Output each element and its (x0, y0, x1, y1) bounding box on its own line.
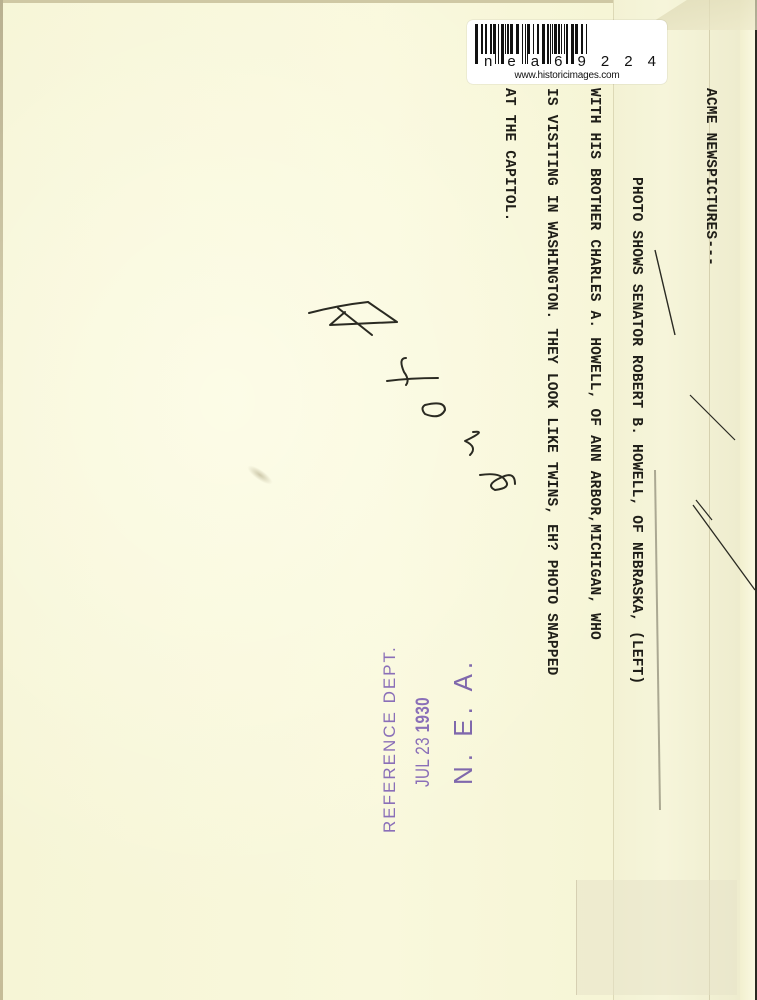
barcode-char: 2 (621, 54, 635, 70)
barcode-char: a (528, 54, 542, 70)
stamp-date-day: JUL 23 (413, 732, 434, 787)
stamp-date: JUL 23 1930 (414, 674, 434, 787)
caption-line-4: AT THE CAPITOL. (502, 88, 517, 684)
barcode-char: n (481, 54, 495, 70)
caption-line-2: WITH HIS BROTHER CHARLES A. HOWELL, OF A… (587, 88, 602, 684)
typed-caption: ACME NEWSPICTURES--- PHOTO SHOWS SENATOR… (488, 88, 746, 684)
stamp-date-year: 1930 (413, 697, 434, 732)
caption-line-1: PHOTO SHOWS SENATOR ROBERT B. HOWELL, OF… (629, 88, 644, 684)
paper-stain-patch (576, 880, 737, 995)
caption-line-3: IS VISITING IN WASHINGTON. THEY LOOK LIK… (544, 88, 559, 684)
barcode-char: 2 (598, 54, 612, 70)
paper-left-edge (0, 0, 3, 1000)
barcode-char: 6 (551, 54, 565, 70)
stamp-organization: N. E. A. (450, 645, 476, 785)
barcode-code: nea69224 (477, 54, 663, 70)
barcode-char: e (504, 54, 518, 70)
barcode-char: 9 (575, 54, 589, 70)
stamp-department: REFERENCE DEPT. (380, 645, 400, 833)
reference-dept-stamp: REFERENCE DEPT. JUL 23 1930 N. E. A. (380, 645, 476, 833)
barcode-char: 4 (645, 54, 659, 70)
barcode-url: www.historicimages.com (467, 70, 667, 81)
barcode-label: nea69224 www.historicimages.com (467, 20, 667, 84)
caption-agency: ACME NEWSPICTURES--- (703, 88, 718, 684)
